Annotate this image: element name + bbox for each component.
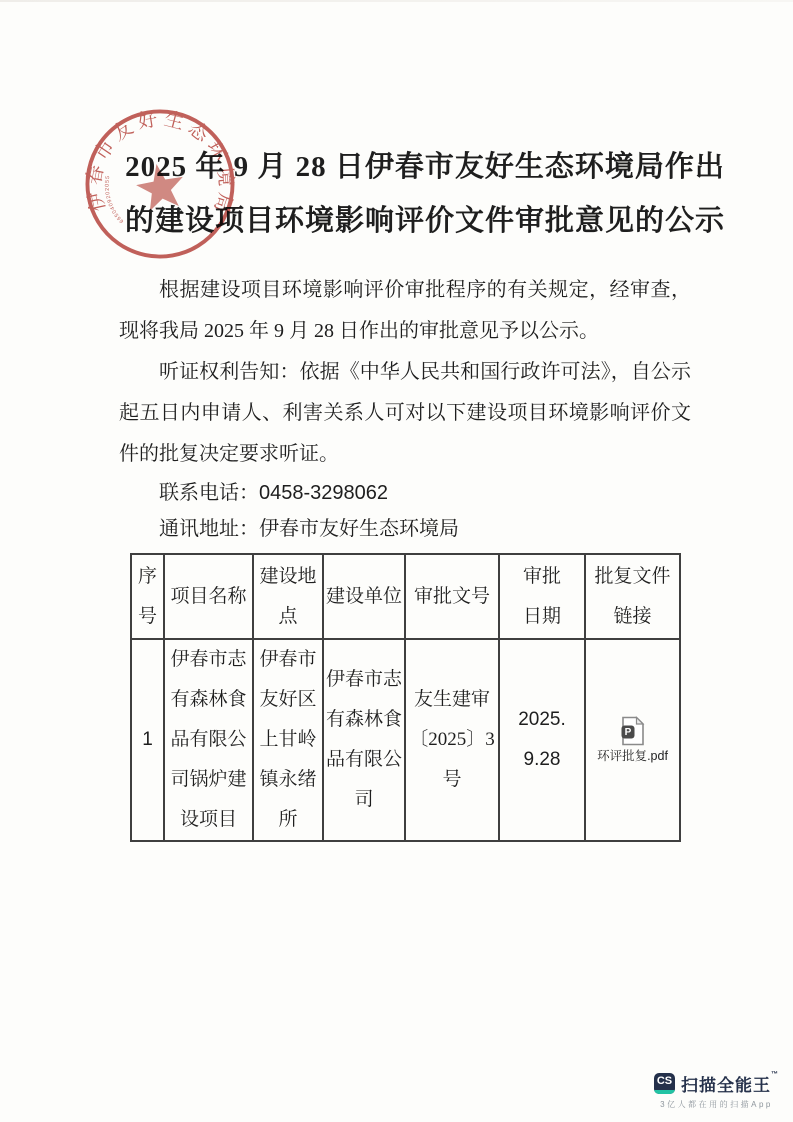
- cell-approval-file: P 环评批复.pdf: [585, 639, 680, 841]
- approval-table: 序号 项目名称 建设地点 建设单位 审批文号 审批日期 批复文件链接 1 伊春市…: [130, 553, 681, 842]
- col-header-company: 建设单位: [323, 554, 405, 639]
- camscanner-logo-icon: CS: [654, 1073, 675, 1094]
- trademark-symbol: ™: [771, 1071, 779, 1078]
- approval-date-line-1: 2025.: [502, 700, 582, 740]
- col-header-index: 序号: [131, 554, 164, 639]
- paragraph-hearing-notice: 听证权利告知：依据《中华人民共和国行政许可法》，自公示起五日内申请人、利害关系人…: [119, 352, 691, 475]
- approval-date-line-2: 9.28: [502, 740, 582, 780]
- table-header-row: 序号 项目名称 建设地点 建设单位 审批文号 审批日期 批复文件链接: [131, 554, 680, 639]
- svg-text:P: P: [624, 727, 631, 738]
- cs-badge-text: CS: [654, 1073, 675, 1090]
- document-title-line-2: 的建设项目环境影响评价文件审批意见的公示: [119, 194, 731, 248]
- pdf-file-name: 环评批复.pdf: [597, 749, 668, 764]
- paragraph-approval-basis: 根据建设项目环境影响评价审批程序的有关规定，经审查，现将我局 2025 年 9 …: [119, 270, 691, 352]
- phone-label: 联系电话：: [159, 482, 259, 504]
- camscanner-brand-text: 扫描全能王: [681, 1076, 771, 1095]
- col-header-location: 建设地点: [253, 554, 323, 639]
- document-title: 2025 年 9 月 28 日伊春市友好生态环境局作出 的建设项目环境影响评价文…: [119, 140, 731, 248]
- cell-company: 伊春市志有森林食品有限公司: [323, 639, 405, 841]
- contact-phone-line: 联系电话：0458-3298062: [119, 475, 691, 511]
- address-value: 伊春市友好生态环境局: [259, 518, 459, 540]
- camscanner-brand-row: CS 扫描全能王™: [654, 1071, 779, 1096]
- cell-project-name: 伊春市志有森林食品有限公司锅炉建设项目: [164, 639, 253, 841]
- cell-index: 1: [131, 639, 164, 841]
- pdf-attachment-link[interactable]: P 环评批复.pdf: [588, 716, 677, 764]
- camscanner-watermark: CS 扫描全能王™ 3亿人都在用的扫描App: [654, 1071, 779, 1110]
- document-title-line-1: 2025 年 9 月 28 日伊春市友好生态环境局作出: [119, 140, 731, 194]
- contact-address-line: 通讯地址：伊春市友好生态环境局: [119, 511, 691, 547]
- cell-approval-number: 友生建审〔2025〕3号: [405, 639, 499, 841]
- cell-location: 伊春市友好区上甘岭镇永绪所: [253, 639, 323, 841]
- table-row: 1 伊春市志有森林食品有限公司锅炉建设项目 伊春市友好区上甘岭镇永绪所 伊春市志…: [131, 639, 680, 841]
- col-header-project-name: 项目名称: [164, 554, 253, 639]
- pdf-file-icon: P: [620, 716, 646, 746]
- camscanner-tagline: 3亿人都在用的扫描App: [654, 1099, 779, 1110]
- cs-badge-accent-strip: [654, 1090, 675, 1094]
- scanned-document-page: 伊春市友好生态环境局 6650409202055 2025 年 9 月 28 日…: [0, 0, 793, 1122]
- document-body: 根据建设项目环境影响评价审批程序的有关规定，经审查，现将我局 2025 年 9 …: [119, 270, 691, 547]
- address-label: 通讯地址：: [159, 518, 259, 540]
- cell-approval-date: 2025. 9.28: [499, 639, 585, 841]
- col-header-approval-number: 审批文号: [405, 554, 499, 639]
- col-header-approval-date: 审批日期: [499, 554, 585, 639]
- col-header-file-link: 批复文件链接: [585, 554, 680, 639]
- phone-number: 0458-3298062: [259, 482, 388, 504]
- camscanner-brand-name: 扫描全能王™: [681, 1071, 779, 1096]
